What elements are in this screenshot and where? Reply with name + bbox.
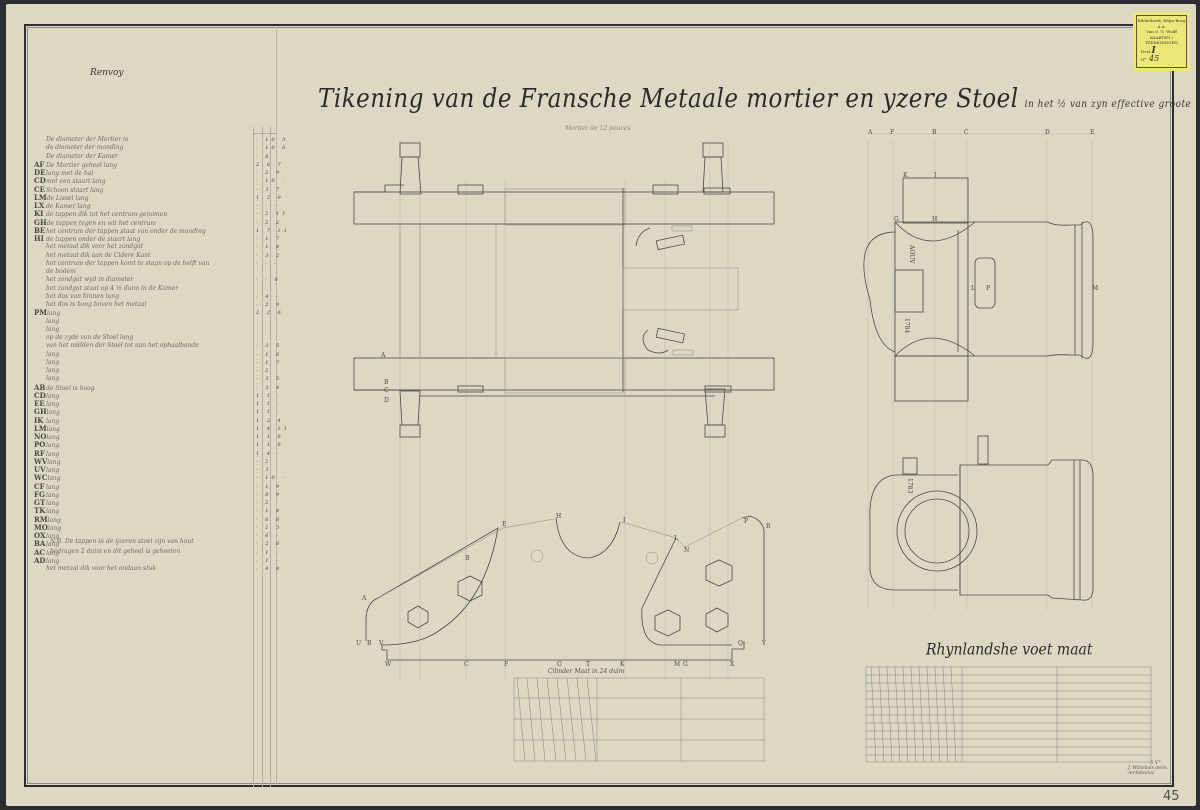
construction-guides	[400, 134, 1095, 680]
bolt-top-left	[400, 143, 421, 194]
svg-text:Y: Y	[761, 640, 767, 647]
rhynland-foot-scale-bar	[866, 667, 1151, 762]
svg-text:A: A	[867, 129, 873, 136]
svg-text:W: W	[385, 661, 392, 668]
bolt-bottom-right	[705, 386, 731, 437]
svg-text:A: A	[380, 352, 386, 359]
right-scale-title: Rhynlandshe voet maat	[926, 641, 1093, 659]
svg-text:T: T	[586, 661, 590, 668]
carriage-bolt-heads	[408, 560, 732, 636]
svg-text:D: D	[384, 397, 389, 404]
svg-text:R: R	[766, 523, 771, 530]
bolt-bottom-left	[400, 391, 420, 437]
svg-text:N: N	[684, 547, 689, 554]
svg-text:C: C	[464, 661, 469, 668]
svg-text:G: G	[683, 661, 688, 668]
left-scale-caption: Cilinder Maat in 24 duim	[548, 668, 625, 675]
carriage-side-view: ABE HIL NPR UBV WCF GTK MGX QY	[356, 513, 771, 668]
svg-text:B: B	[932, 129, 937, 136]
mortar-inscription-top: AOUV	[908, 244, 915, 264]
svg-text:Q: Q	[738, 640, 743, 647]
svg-text:L: L	[971, 285, 975, 292]
svg-text:B: B	[384, 379, 389, 386]
mortar-top-view: AF BC DE KI GH LP M AOUV 1784	[864, 129, 1098, 401]
svg-text:E: E	[502, 521, 506, 528]
svg-text:K: K	[620, 661, 625, 668]
svg-text:B: B	[367, 640, 372, 647]
mortar-side-view: 1783	[870, 436, 1093, 600]
svg-text:A: A	[361, 595, 367, 602]
svg-text:P: P	[744, 518, 748, 525]
carriage-plan-view: A B C D	[354, 143, 774, 437]
svg-text:F: F	[890, 129, 894, 136]
svg-text:P: P	[986, 285, 990, 292]
svg-text:H: H	[556, 513, 561, 520]
cilinder-scale-bar	[514, 678, 764, 761]
svg-text:E: E	[1090, 129, 1094, 136]
technical-drawings: A B C D AF BC DE KI GH LP M AOUV 1784	[0, 0, 1200, 810]
signature: J. Wittebols delin. Architectus	[1128, 766, 1168, 776]
svg-text:F: F	[504, 661, 508, 668]
svg-text:K: K	[903, 172, 908, 179]
svg-text:C: C	[964, 129, 969, 136]
svg-text:C: C	[384, 387, 389, 394]
svg-text:L: L	[674, 535, 678, 542]
chain-top	[636, 226, 692, 250]
svg-text:M: M	[1092, 285, 1098, 292]
svg-text:B: B	[465, 555, 470, 562]
svg-text:V: V	[378, 640, 384, 647]
chain-bottom	[643, 328, 693, 355]
svg-text:1783: 1783	[906, 478, 913, 493]
pencil-page-number: 45	[1163, 789, 1180, 804]
svg-text:1784: 1784	[903, 318, 910, 333]
svg-text:M: M	[674, 661, 680, 668]
svg-text:G: G	[557, 661, 562, 668]
bolt-top-right	[703, 143, 730, 194]
signature-line: Architectus	[1128, 771, 1168, 776]
svg-text:D: D	[1045, 129, 1050, 136]
svg-text:X: X	[730, 661, 735, 668]
svg-text:U: U	[356, 640, 361, 647]
